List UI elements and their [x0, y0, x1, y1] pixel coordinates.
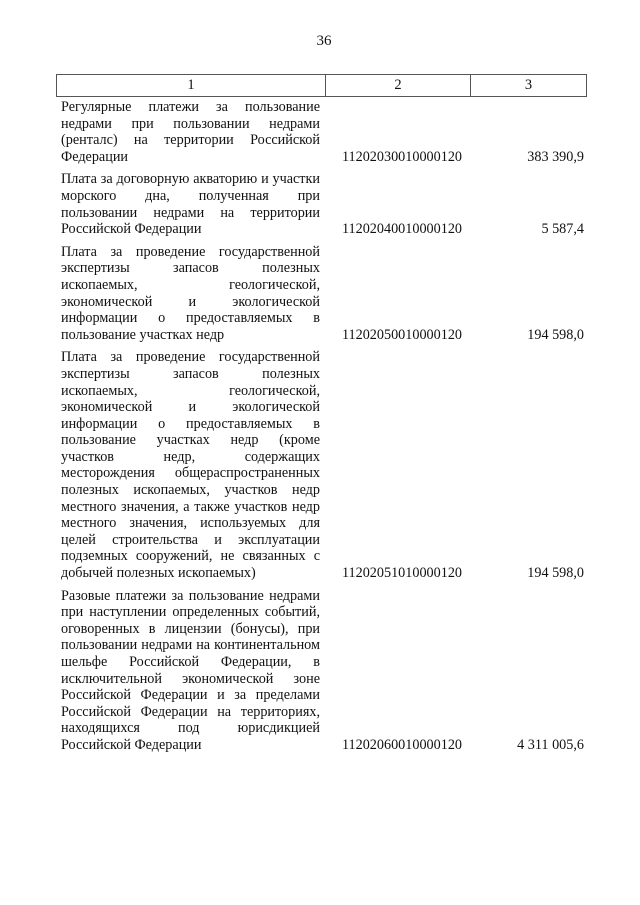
row-code: 11202060010000120	[320, 737, 470, 754]
row-amount: 4 311 005,6	[470, 737, 587, 754]
table-row: Регулярные платежи за пользование недрам…	[61, 99, 587, 165]
table-row: Плата за договорную акваторию и участки …	[61, 171, 587, 237]
row-description: Плата за договорную акваторию и участки …	[61, 171, 320, 237]
row-amount: 194 598,0	[470, 327, 587, 344]
row-amount: 5 587,4	[470, 221, 587, 238]
table-row: Плата за проведение государственной эксп…	[61, 349, 587, 581]
row-description: Разовые платежи за пользование недрами п…	[61, 588, 320, 754]
table-row: Разовые платежи за пользование недрами п…	[61, 588, 587, 754]
row-description: Плата за проведение государственной эксп…	[61, 349, 320, 581]
column-header-2: 2	[326, 75, 471, 96]
row-description: Плата за проведение государственной эксп…	[61, 244, 320, 344]
table-header-row: 1 2 3	[56, 74, 587, 97]
row-amount: 194 598,0	[470, 565, 587, 582]
row-amount: 383 390,9	[470, 149, 587, 166]
column-header-3: 3	[471, 75, 586, 96]
row-code: 11202050010000120	[320, 327, 470, 344]
row-code: 11202040010000120	[320, 221, 470, 238]
table-row: Плата за проведение государственной эксп…	[61, 244, 587, 344]
row-code: 11202051010000120	[320, 565, 470, 582]
page-number: 36	[0, 33, 640, 50]
table-body: Регулярные платежи за пользование недрам…	[61, 99, 587, 760]
row-description: Регулярные платежи за пользование недрам…	[61, 99, 320, 165]
row-code: 11202030010000120	[320, 149, 470, 166]
column-header-1: 1	[57, 75, 326, 96]
